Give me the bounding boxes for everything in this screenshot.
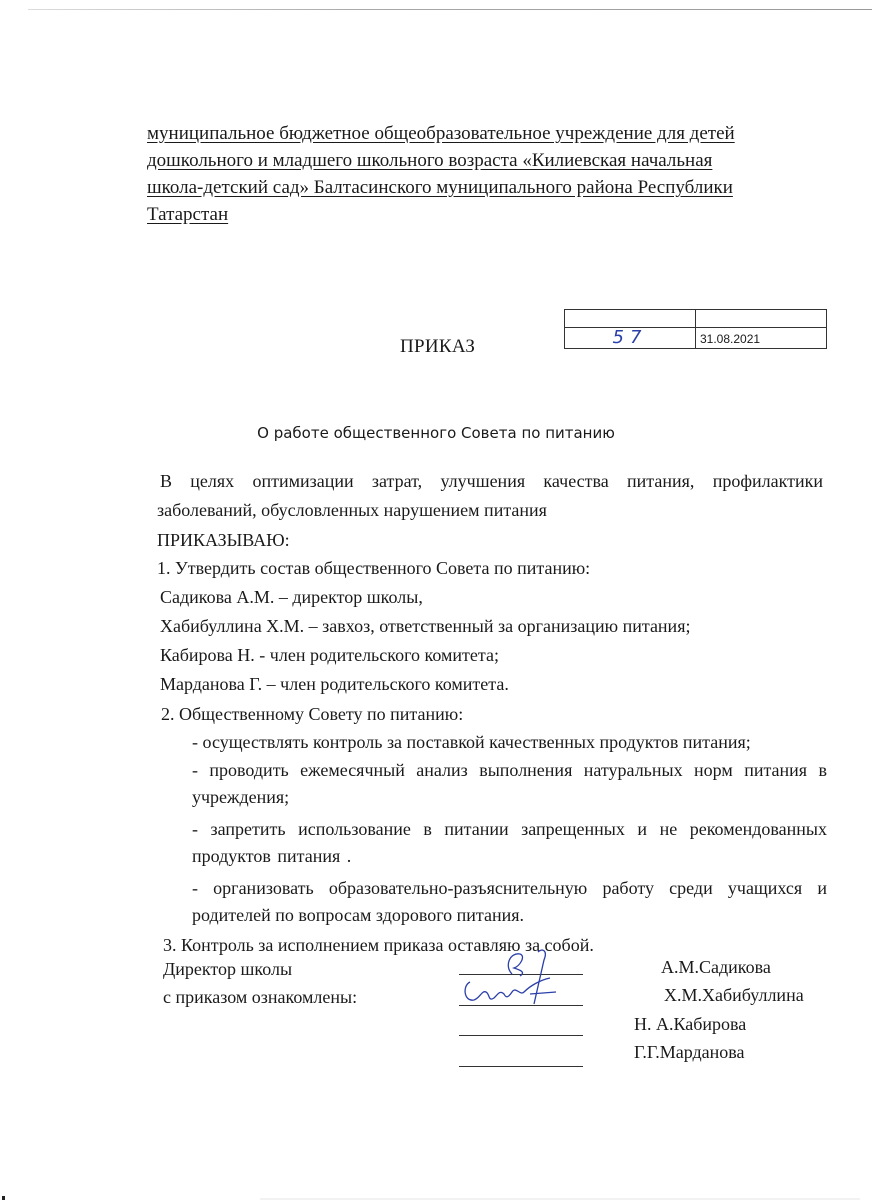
signature-line — [459, 1035, 583, 1036]
order-date: 31.08.2021 — [696, 328, 827, 349]
scan-noise-marks — [0, 1194, 872, 1200]
item1-title: 1. Утвердить состав общественного Совета… — [157, 555, 590, 582]
member-item: Хабибуллина Х.М. – завхоз, ответственный… — [160, 613, 690, 640]
member-item: Садикова А.М. – директор школы, — [160, 584, 423, 611]
signer-name: Н. А.Кабирова — [634, 1012, 746, 1036]
org-line: муниципальное бюджетное общеобразователь… — [147, 123, 735, 144]
empty-cell — [565, 310, 696, 328]
preamble: В целях оптимизации затрат, улучшения ка… — [157, 467, 823, 525]
empty-cell — [696, 310, 827, 328]
member-item: Марданова Г. – член родительского комите… — [160, 671, 509, 698]
task-item: - организовать образовательно-разъясните… — [192, 875, 827, 929]
organization-header: муниципальное бюджетное общеобразователь… — [147, 120, 787, 228]
order-number-date-table: 57 31.08.2021 — [564, 309, 827, 349]
task-item: - запретить использование в питании запр… — [192, 816, 827, 870]
signature-line — [459, 1066, 583, 1067]
acquainted-label: с приказом ознакомлены: — [163, 985, 357, 1009]
member-item: Кабирова Н. - член родительского комитет… — [160, 642, 499, 669]
order-subject: О работе общественного Совета по питанию — [0, 424, 872, 442]
org-line: Татарстан — [147, 204, 228, 225]
order-title: ПРИКАЗ — [400, 336, 475, 358]
command-heading: ПРИКАЗЫВАЮ: — [157, 527, 290, 554]
signer-name: Г.Г.Марданова — [634, 1040, 745, 1064]
signer-name: Х.М.Хабибуллина — [664, 983, 804, 1007]
task-item: - проводить ежемесячный анализ выполнени… — [192, 757, 827, 811]
org-line: школа-детский сад» Балтасинского муницип… — [147, 177, 733, 198]
signature-khabibullina-icon — [460, 972, 570, 1012]
item2-title: 2. Общественному Совету по питанию: — [161, 701, 463, 728]
signer-name: А.М.Садикова — [661, 955, 771, 979]
task-item: - осуществлять контроль за поставкой кач… — [192, 729, 751, 756]
scan-edge-line — [28, 9, 872, 10]
order-number: 57 — [565, 328, 696, 349]
org-line: дошкольного и младшего школьного возраст… — [147, 150, 712, 171]
director-label: Директор школы — [163, 957, 292, 981]
